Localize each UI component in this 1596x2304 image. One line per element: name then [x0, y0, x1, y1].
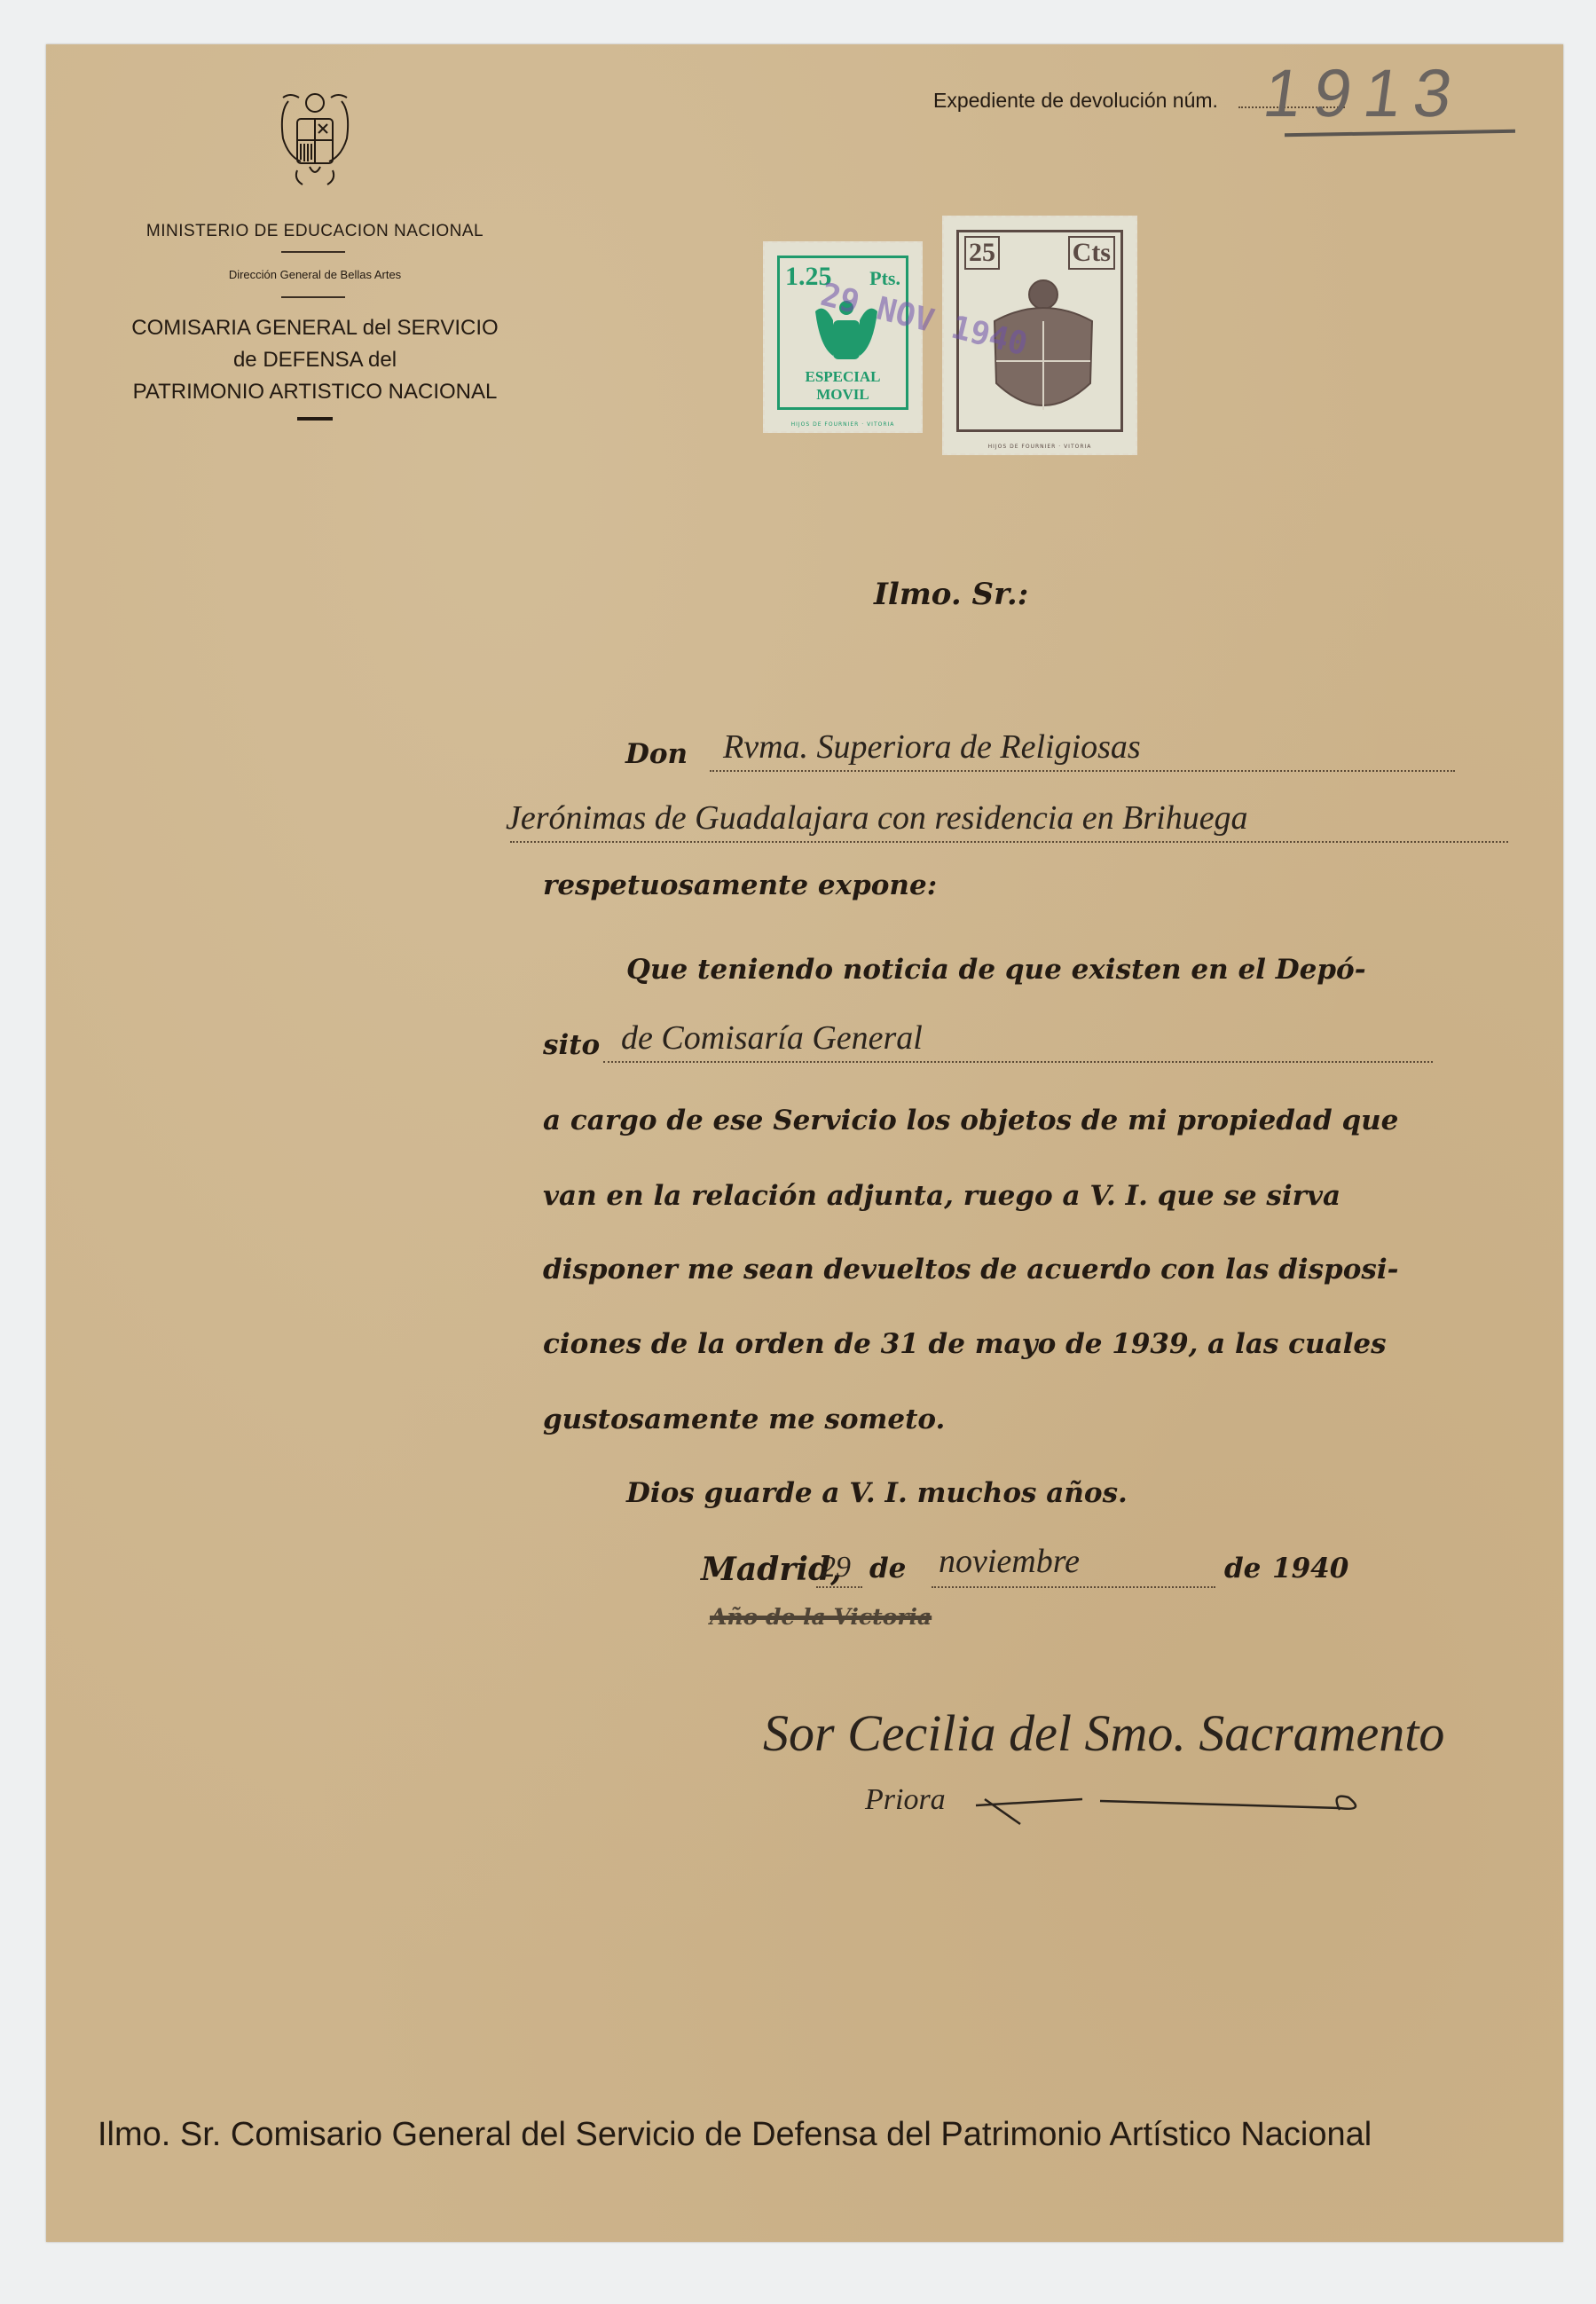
coat-of-arms-icon — [271, 85, 359, 192]
direction-name: Dirección General de Bellas Artes — [115, 268, 515, 281]
applicant-dotted-line — [510, 841, 1508, 843]
addressee-footer: Ilmo. Sr. Comisario General del Servicio… — [98, 2116, 1372, 2154]
paragraph-line: ciones de la orden de 31 de mayo de 1939… — [543, 1328, 1387, 1360]
struck-victory-year: Año de la Victoria — [710, 1604, 932, 1630]
paragraph-line: van en la relación adjunta, ruego a V. I… — [543, 1180, 1340, 1212]
month-dotted-line — [932, 1586, 1215, 1588]
expediente-label: Expediente de devolución núm. — [933, 89, 1218, 113]
paragraph-line: gustosamente me someto. — [543, 1404, 945, 1435]
day-dotted-line — [816, 1586, 862, 1588]
salutation: Ilmo. Sr.: — [874, 577, 1028, 612]
paragraph-line: Que teniendo noticia de que existen en e… — [626, 954, 1366, 986]
paragraph-line: a cargo de ese Servicio los objetos de m… — [543, 1105, 1398, 1136]
expediente-number: 1913 — [1259, 55, 1469, 132]
letterhead-dash — [297, 417, 333, 421]
signature-name: Sor Cecilia del Smo. Sacramento — [763, 1703, 1444, 1763]
date-day: 29 — [821, 1551, 851, 1584]
date-year: 1940 — [1272, 1553, 1348, 1584]
signature-title: Priora — [865, 1783, 946, 1817]
don-dotted-line — [710, 770, 1455, 772]
date-de-label: de — [1224, 1553, 1261, 1584]
letterhead-divider — [281, 296, 345, 298]
comisaria-name: COMISARIA GENERAL del SERVICIO de DEFENS… — [98, 312, 532, 408]
deposit-dotted-line — [603, 1061, 1433, 1063]
respetuosamente-text: respetuosamente expone: — [543, 869, 937, 901]
closing-formula: Dios guarde a V. I. muchos años. — [626, 1477, 1128, 1509]
deposit-location: de Comisaría General — [621, 1018, 923, 1058]
date-de-label: de — [869, 1553, 906, 1584]
don-label: Don — [625, 738, 688, 770]
letterhead-divider — [281, 251, 345, 253]
sito-label: sito — [543, 1029, 600, 1061]
applicant-name-line2: Jerónimas de Guadalajara con residencia … — [506, 798, 1248, 837]
signature-flourish-icon — [967, 1783, 1411, 1836]
paragraph-line: disponer me sean devueltos de acuerdo co… — [543, 1254, 1398, 1286]
date-month: noviembre — [939, 1542, 1080, 1581]
ministry-name: MINISTERIO DE EDUCACION NACIONAL — [115, 222, 515, 241]
applicant-name-line1: Rvma. Superiora de Religiosas — [723, 727, 1141, 767]
